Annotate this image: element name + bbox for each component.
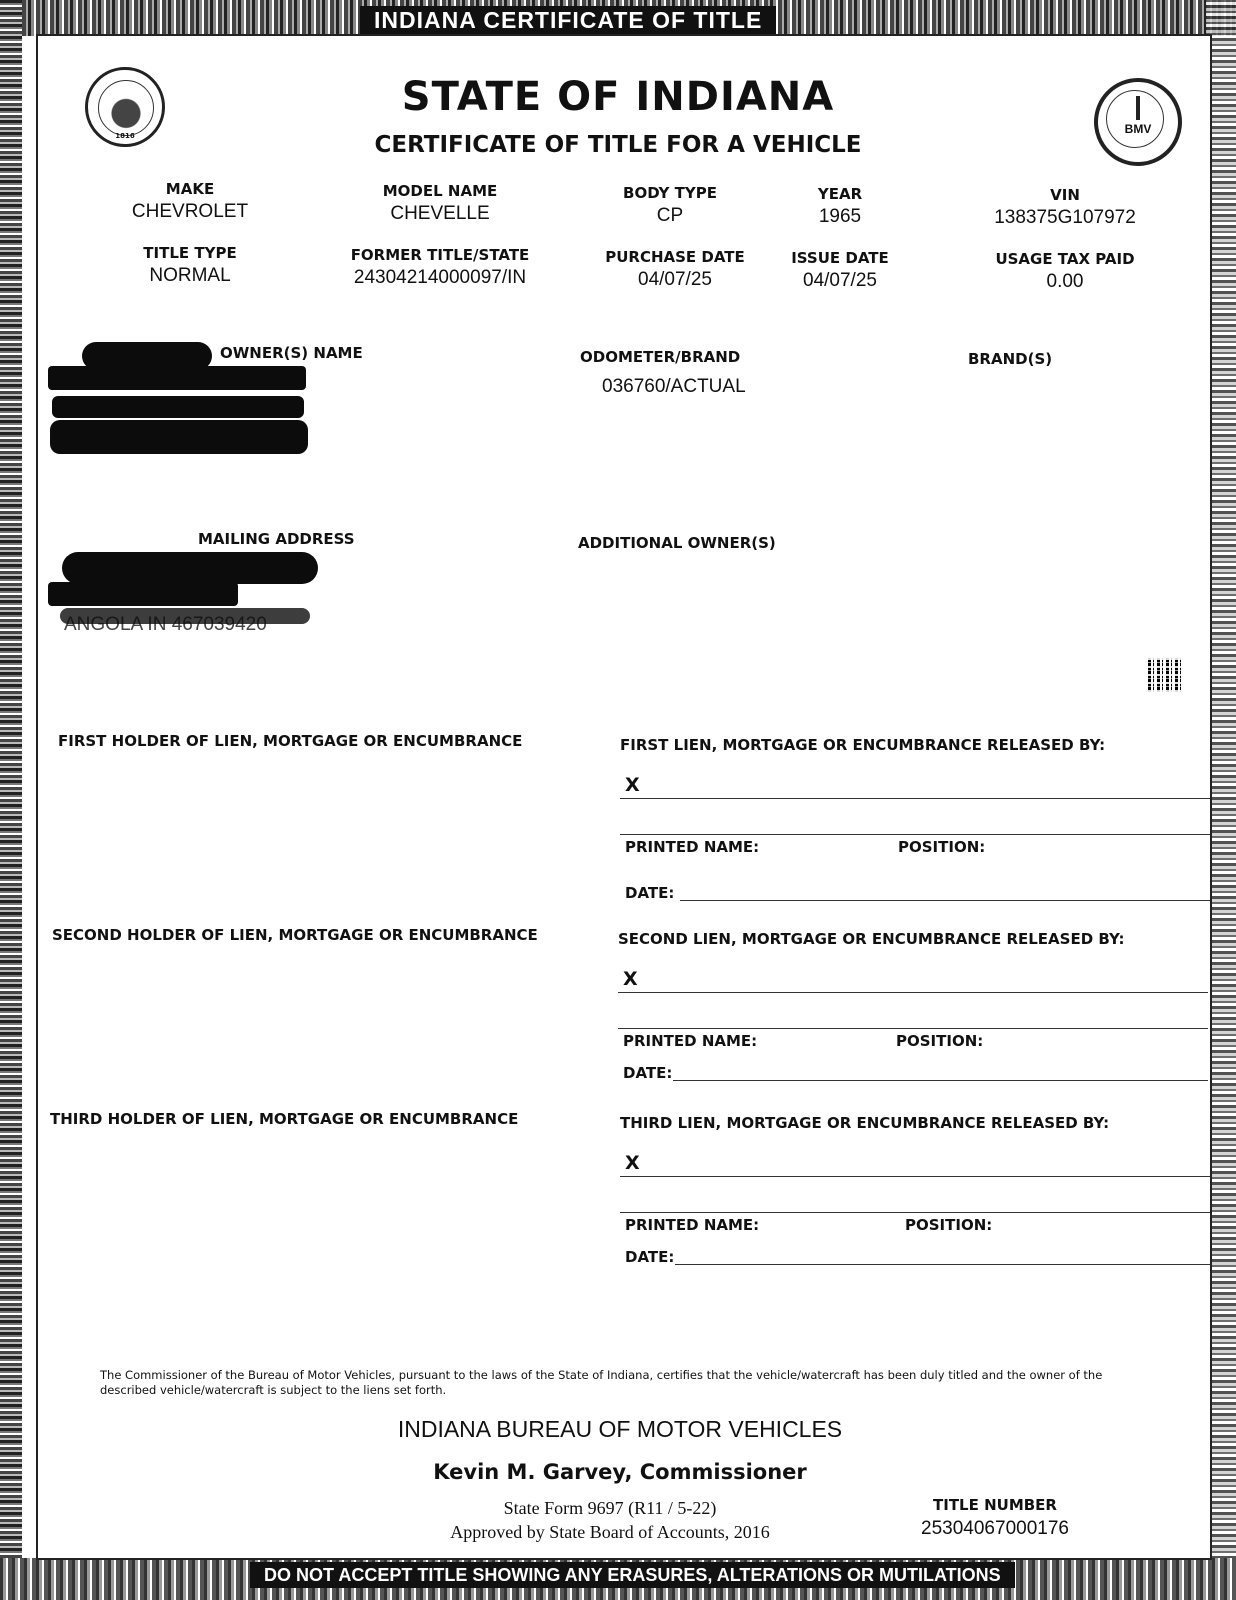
- redaction-owner-2: [48, 366, 306, 390]
- title-number-block: TITLE NUMBER 25304067000176: [900, 1496, 1090, 1540]
- first-printed-name-label: PRINTED NAME:: [625, 838, 759, 856]
- model-field: MODEL NAME CHEVELLE: [340, 182, 540, 225]
- redaction-owner-3: [52, 396, 304, 418]
- title-type-label: TITLE TYPE: [110, 244, 270, 262]
- third-lien-release-block: THIRD LIEN, MORTGAGE OR ENCUMBRANCE RELE…: [620, 1114, 1210, 1274]
- second-signature-x: X: [623, 968, 638, 990]
- body-type-label: BODY TYPE: [590, 184, 750, 202]
- first-lien-release-label: FIRST LIEN, MORTGAGE OR ENCUMBRANCE RELE…: [620, 736, 1210, 754]
- second-printed-name-label: PRINTED NAME:: [623, 1032, 757, 1050]
- issue-date-value: 04/07/25: [770, 270, 910, 292]
- ornate-border-left: [0, 0, 22, 1600]
- mailing-address-label: MAILING ADDRESS: [198, 530, 355, 548]
- purchase-date-value: 04/07/25: [585, 269, 765, 291]
- first-printed-name-line[interactable]: [620, 834, 1210, 835]
- first-signature-line[interactable]: [620, 798, 1210, 799]
- first-date-line[interactable]: [680, 900, 1210, 901]
- make-label: MAKE: [110, 180, 270, 198]
- issue-date-field: ISSUE DATE 04/07/25: [770, 249, 910, 292]
- year-label: YEAR: [780, 185, 900, 203]
- third-date-label: DATE:: [625, 1248, 674, 1266]
- certification-statement: The Commissioner of the Bureau of Motor …: [100, 1368, 1120, 1398]
- vin-label: VIN: [960, 186, 1170, 204]
- first-position-label: POSITION:: [898, 838, 985, 856]
- issue-date-label: ISSUE DATE: [770, 249, 910, 267]
- former-title-value: 24304214000097/IN: [320, 267, 560, 289]
- bottom-banner: DO NOT ACCEPT TITLE SHOWING ANY ERASURES…: [250, 1562, 1015, 1588]
- former-title-field: FORMER TITLE/STATE 24304214000097/IN: [320, 246, 560, 289]
- brands-label: BRAND(S): [968, 350, 1052, 368]
- body-type-field: BODY TYPE CP: [590, 184, 750, 227]
- redaction-mailing-2: [48, 582, 238, 606]
- body-type-value: CP: [590, 205, 750, 227]
- second-lien-holder-label: SECOND HOLDER OF LIEN, MORTGAGE OR ENCUM…: [52, 926, 538, 944]
- odometer-label: ODOMETER/BRAND: [580, 348, 740, 366]
- second-lien-release-block: SECOND LIEN, MORTGAGE OR ENCUMBRANCE REL…: [618, 930, 1208, 1090]
- usage-tax-value: 0.00: [960, 271, 1170, 293]
- second-position-label: POSITION:: [896, 1032, 983, 1050]
- bureau-name: INDIANA BUREAU OF MOTOR VEHICLES: [0, 1416, 1236, 1443]
- page-title: STATE OF INDIANA: [0, 74, 1236, 120]
- purchase-date-label: PURCHASE DATE: [585, 248, 765, 266]
- commissioner-name: Kevin M. Garvey, Commissioner: [0, 1460, 1236, 1484]
- third-signature-line[interactable]: [620, 1176, 1210, 1177]
- redaction-mailing-3: [60, 608, 310, 624]
- additional-owners-label: ADDITIONAL OWNER(S): [578, 534, 776, 552]
- first-signature-x: X: [625, 774, 640, 796]
- title-type-value: NORMAL: [110, 265, 270, 287]
- vin-value: 138375G107972: [960, 207, 1170, 229]
- year-field: YEAR 1965: [780, 185, 900, 228]
- odometer-value: 036760/ACTUAL: [602, 376, 746, 398]
- model-label: MODEL NAME: [340, 182, 540, 200]
- third-position-label: POSITION:: [905, 1216, 992, 1234]
- third-signature-x: X: [625, 1152, 640, 1174]
- year-value: 1965: [780, 206, 900, 228]
- redaction-owner-4: [50, 420, 308, 454]
- form-number-line: State Form 9697 (R11 / 5-22): [395, 1496, 825, 1520]
- third-printed-name-label: PRINTED NAME:: [625, 1216, 759, 1234]
- redaction-mailing-1: [62, 552, 318, 584]
- second-date-label: DATE:: [623, 1064, 672, 1082]
- title-number-value: 25304067000176: [900, 1518, 1090, 1540]
- form-number: State Form 9697 (R11 / 5-22) Approved by…: [395, 1496, 825, 1544]
- second-date-line[interactable]: [673, 1080, 1208, 1081]
- title-number-label: TITLE NUMBER: [900, 1496, 1090, 1514]
- make-value: CHEVROLET: [110, 201, 270, 223]
- qr-code-icon: [1148, 658, 1182, 692]
- third-date-line[interactable]: [675, 1264, 1210, 1265]
- former-title-label: FORMER TITLE/STATE: [320, 246, 560, 264]
- model-value: CHEVELLE: [340, 203, 540, 225]
- title-type-field: TITLE TYPE NORMAL: [110, 244, 270, 287]
- purchase-date-field: PURCHASE DATE 04/07/25: [585, 248, 765, 291]
- first-date-label: DATE:: [625, 884, 674, 902]
- form-approval-line: Approved by State Board of Accounts, 201…: [395, 1520, 825, 1544]
- first-lien-holder-label: FIRST HOLDER OF LIEN, MORTGAGE OR ENCUMB…: [58, 732, 522, 750]
- usage-tax-field: USAGE TAX PAID 0.00: [960, 250, 1170, 293]
- vin-field: VIN 138375G107972: [960, 186, 1170, 229]
- owner-name-label: OWNER(S) NAME: [220, 344, 363, 362]
- usage-tax-label: USAGE TAX PAID: [960, 250, 1170, 268]
- third-printed-name-line[interactable]: [620, 1212, 1210, 1213]
- top-banner: INDIANA CERTIFICATE OF TITLE: [360, 6, 776, 34]
- third-lien-holder-label: THIRD HOLDER OF LIEN, MORTGAGE OR ENCUMB…: [50, 1110, 518, 1128]
- second-signature-line[interactable]: [618, 992, 1208, 993]
- second-printed-name-line[interactable]: [618, 1028, 1208, 1029]
- make-field: MAKE CHEVROLET: [110, 180, 270, 223]
- first-lien-release-block: FIRST LIEN, MORTGAGE OR ENCUMBRANCE RELE…: [620, 736, 1210, 906]
- page-subtitle: CERTIFICATE OF TITLE FOR A VEHICLE: [0, 132, 1236, 158]
- second-lien-release-label: SECOND LIEN, MORTGAGE OR ENCUMBRANCE REL…: [618, 930, 1208, 948]
- third-lien-release-label: THIRD LIEN, MORTGAGE OR ENCUMBRANCE RELE…: [620, 1114, 1210, 1132]
